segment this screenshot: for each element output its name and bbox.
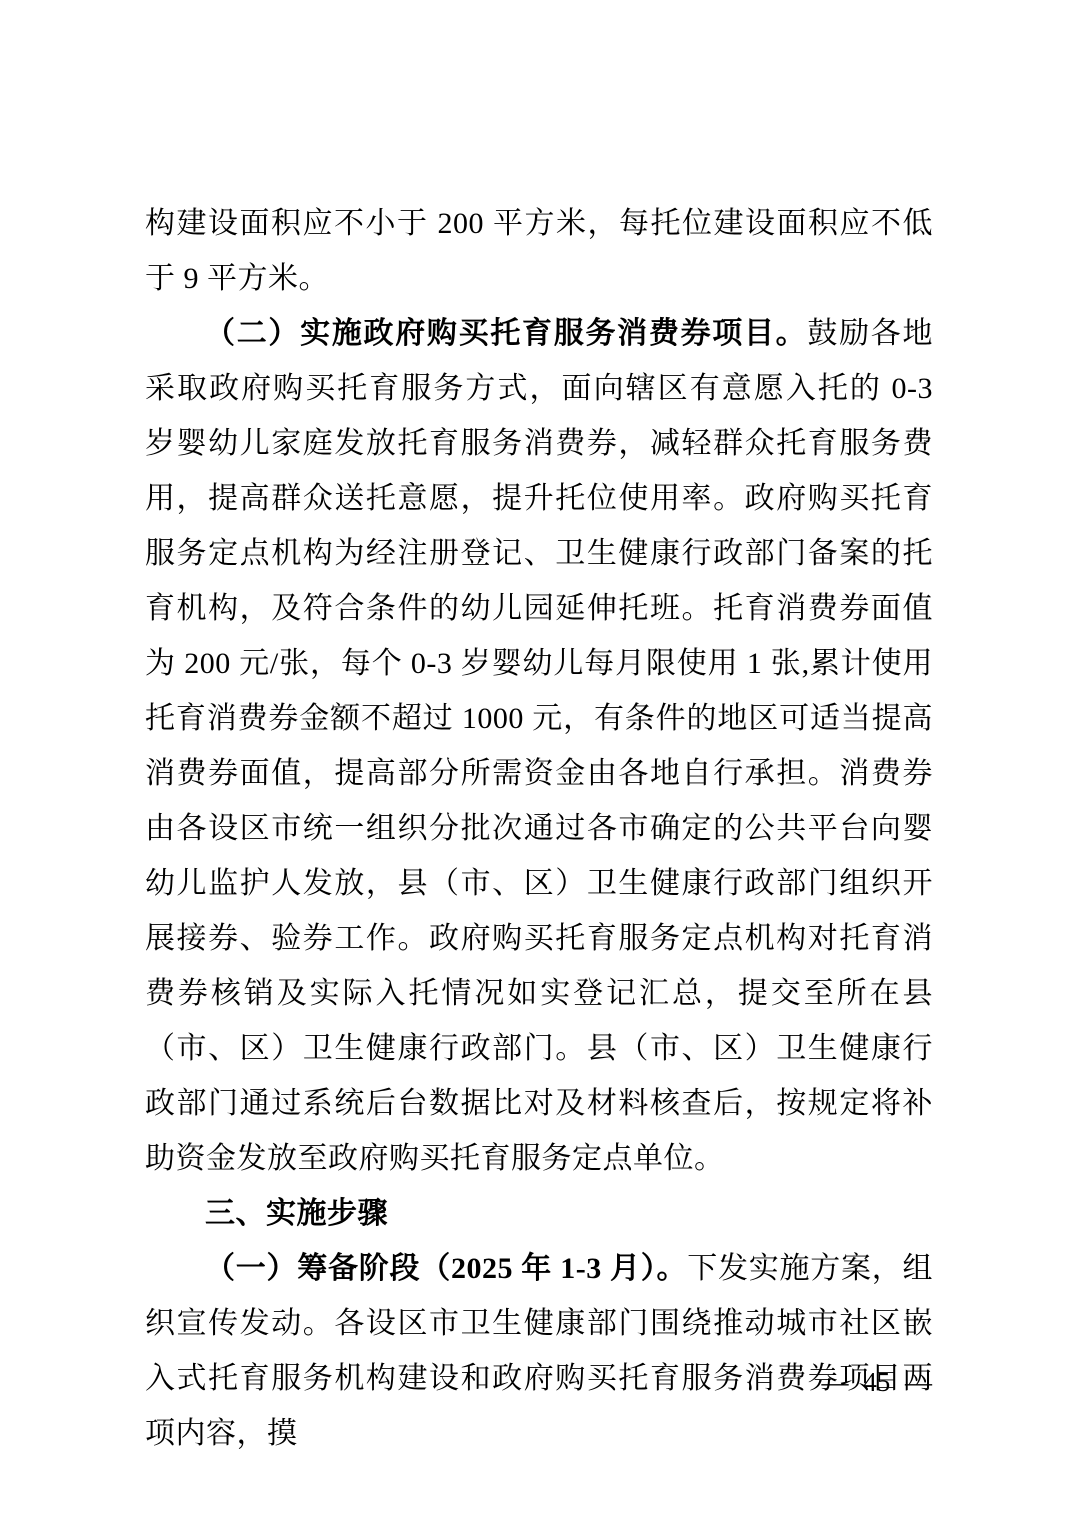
paragraph: 构建设面积应不小于 200 平方米，每托位建设面积应不低于 9 平方米。 — [145, 196, 933, 306]
page-number: — 45 — — [822, 1362, 933, 1402]
bold-text-segment: 三、实施步骤 — [205, 1197, 388, 1230]
document-body: 构建设面积应不小于 200 平方米，每托位建设面积应不低于 9 平方米。（二）实… — [145, 196, 933, 1461]
bold-text-segment: （二）实施政府购买托育服务消费券项目。 — [205, 317, 807, 350]
paragraph: （二）实施政府购买托育服务消费券项目。鼓励各地采取政府购买托育服务方式，面向辖区… — [145, 306, 933, 1186]
text-segment: 构建设面积应不小于 200 平方米，每托位建设面积应不低于 9 平方米。 — [145, 207, 933, 295]
bold-text-segment: （一）筹备阶段（2025 年 1-3 月）。 — [205, 1252, 687, 1285]
section-heading: 三、实施步骤 — [145, 1186, 933, 1241]
document-page: 构建设面积应不小于 200 平方米，每托位建设面积应不低于 9 平方米。（二）实… — [0, 0, 1075, 1520]
text-segment: 鼓励各地采取政府购买托育服务方式，面向辖区有意愿入托的 0-3 岁婴幼儿家庭发放… — [145, 317, 933, 1175]
paragraph: （一）筹备阶段（2025 年 1-3 月）。下发实施方案，组织宣传发动。各设区市… — [145, 1241, 933, 1461]
